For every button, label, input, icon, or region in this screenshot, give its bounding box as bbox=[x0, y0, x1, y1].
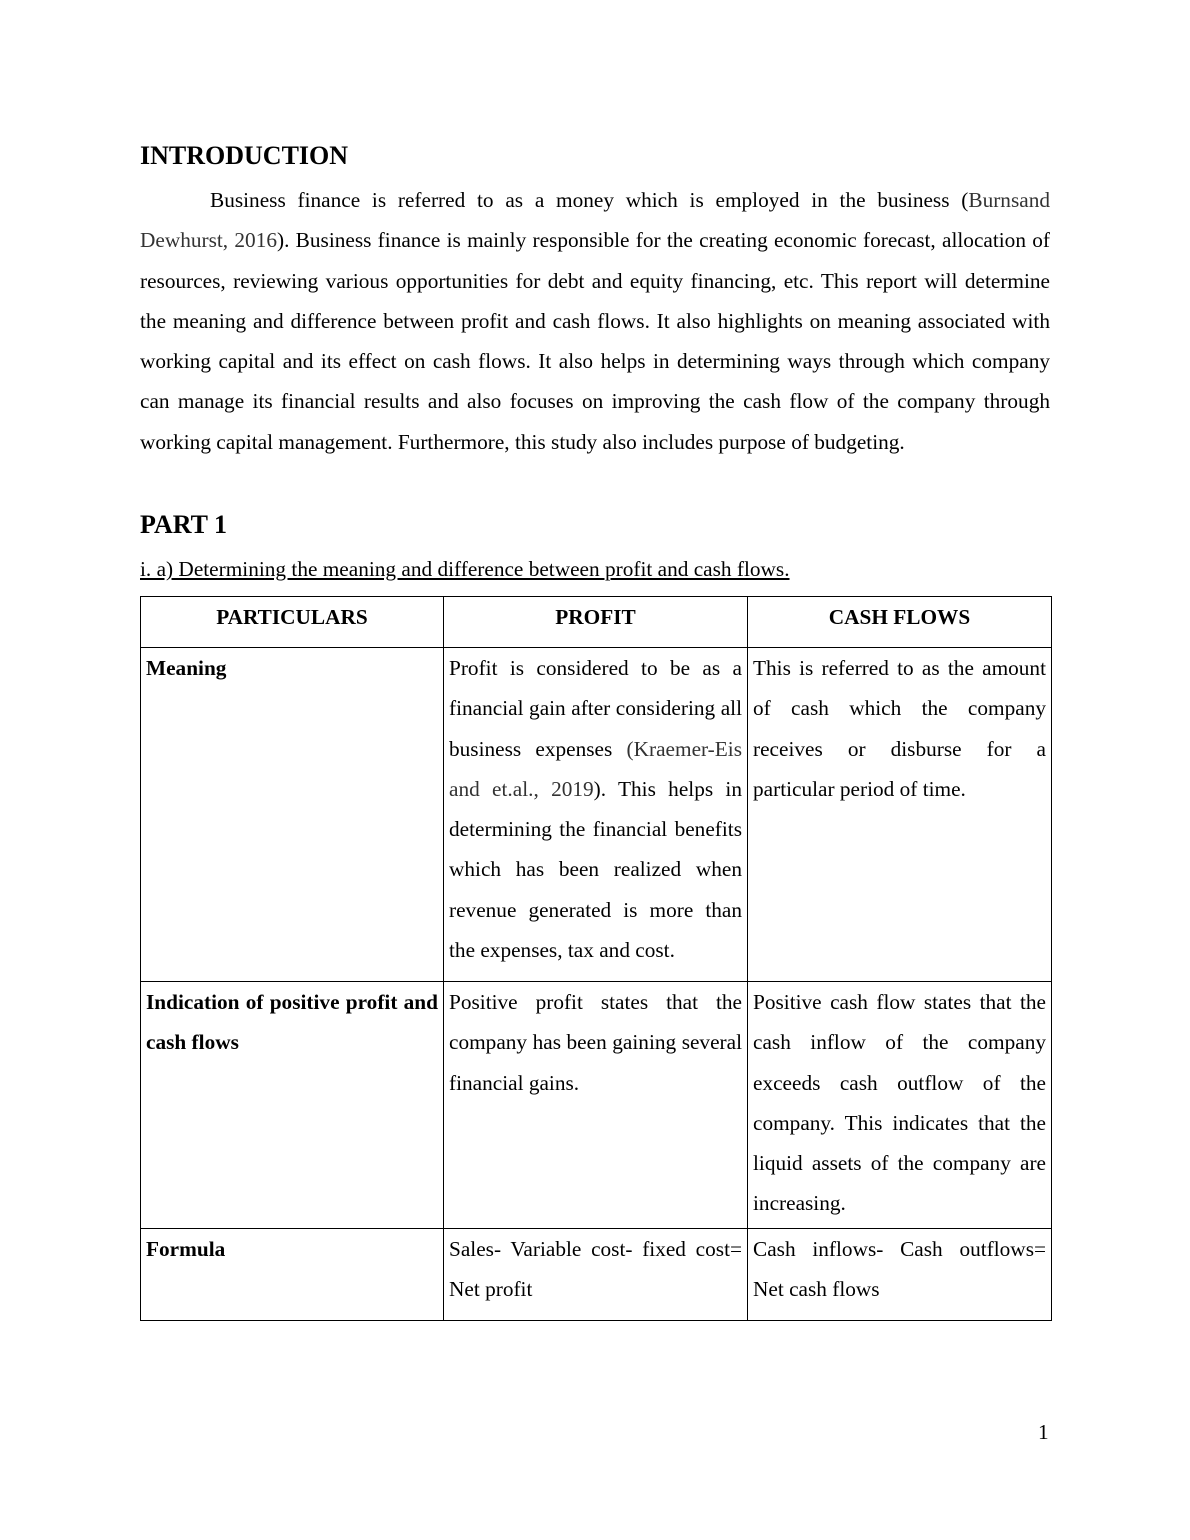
row-profit-formula: Sales- Variable cost- fixed cost= Net pr… bbox=[444, 1228, 748, 1320]
row-cashflow-indication: Positive cash flow states that the cash … bbox=[748, 982, 1052, 1229]
row-particular-meaning: Meaning bbox=[141, 648, 444, 982]
table-header-row: PARTICULARS PROFIT CASH FLOWS bbox=[141, 597, 1052, 648]
table-row: Formula Sales- Variable cost- fixed cost… bbox=[141, 1228, 1052, 1320]
part1-heading: PART 1 bbox=[140, 509, 227, 541]
header-particulars: PARTICULARS bbox=[141, 597, 444, 648]
intro-text-start: Business finance is referred to as a mon… bbox=[210, 188, 968, 212]
row-cashflow-meaning: This is referred to as the amount of cas… bbox=[748, 648, 1052, 982]
introduction-paragraph: Business finance is referred to as a mon… bbox=[140, 180, 1050, 462]
page-number: 1 bbox=[1038, 1418, 1049, 1446]
profit-vs-cashflow-table: PARTICULARS PROFIT CASH FLOWS Meaning Pr… bbox=[140, 596, 1052, 1321]
intro-text-end: ). Business finance is mainly responsibl… bbox=[140, 228, 1050, 453]
profit-text-end: ). This helps in determining the financi… bbox=[449, 777, 742, 962]
row-profit-indication: Positive profit states that the company … bbox=[444, 982, 748, 1229]
part1-subheading: i. a) Determining the meaning and differ… bbox=[140, 555, 790, 583]
table-row: Indication of positive profit and cash f… bbox=[141, 982, 1052, 1229]
introduction-heading: INTRODUCTION bbox=[140, 140, 348, 172]
document-page: INTRODUCTION Business finance is referre… bbox=[0, 0, 1190, 1540]
row-particular-formula: Formula bbox=[141, 1228, 444, 1320]
table-row: Meaning Profit is considered to be as a … bbox=[141, 648, 1052, 982]
row-cashflow-formula: Cash inflows- Cash outflows= Net cash fl… bbox=[748, 1228, 1052, 1320]
row-particular-indication: Indication of positive profit and cash f… bbox=[141, 982, 444, 1229]
header-cash-flows: CASH FLOWS bbox=[748, 597, 1052, 648]
row-profit-meaning: Profit is considered to be as a financia… bbox=[444, 648, 748, 982]
header-profit: PROFIT bbox=[444, 597, 748, 648]
